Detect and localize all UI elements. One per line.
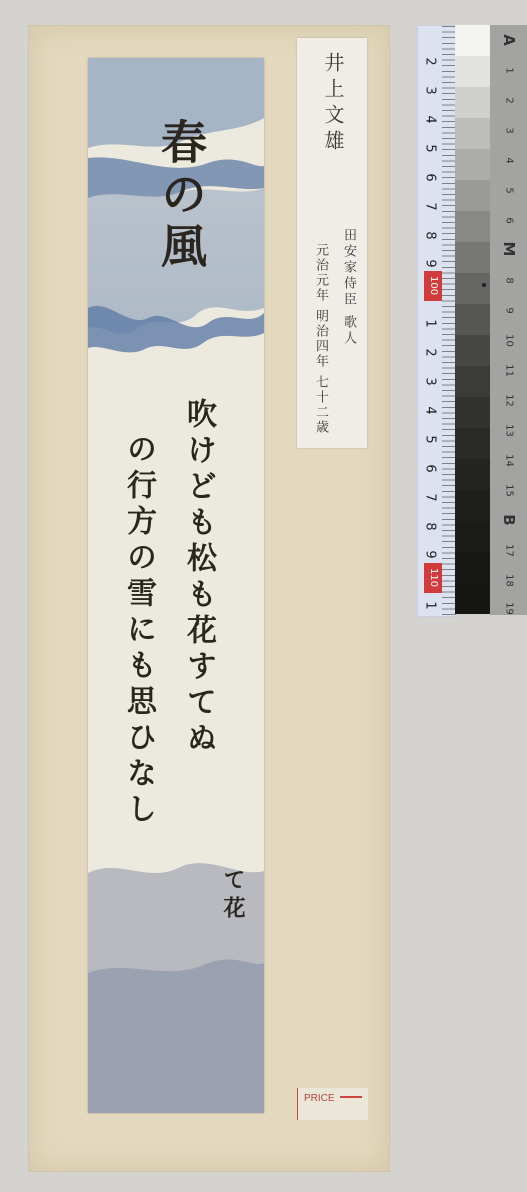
ruler-label: 3 — [423, 372, 438, 392]
scale-label: 8 — [504, 270, 515, 292]
ruler-label: 8 — [423, 226, 438, 246]
scale-label: 14 — [504, 450, 515, 472]
ruler-ticks — [442, 26, 456, 616]
price-tag: PRICE — [297, 1088, 368, 1120]
ruler-label: 7 — [423, 197, 438, 217]
poem-column-3: の行方の雪にも思ひなし — [116, 433, 160, 829]
scale-label: 18 — [504, 570, 515, 592]
scale-label: 6 — [504, 210, 515, 232]
scale-label: M — [500, 238, 518, 260]
ruler-label: 4 — [423, 401, 438, 421]
label-biography-2: 元治元年 明治四年 七十二歳 — [311, 243, 330, 435]
ruler-label: 6 — [423, 168, 438, 188]
poem-column-1: 春の風 — [148, 118, 214, 274]
scale-label: 13 — [504, 420, 515, 442]
scale-label: 9 — [504, 300, 515, 322]
ruler-label: 5 — [423, 139, 438, 159]
ruler-label: 2 — [423, 52, 438, 72]
price-line — [340, 1096, 362, 1098]
scale-label: 5 — [504, 180, 515, 202]
scale-label: 17 — [504, 540, 515, 562]
tanzaku-strip: 春の風 吹けども松も花すてぬ の行方の雪にも思ひなし て花 — [88, 58, 264, 1113]
ruler-label: 5 — [423, 430, 438, 450]
scale-label: 19 — [504, 598, 515, 620]
scale-label: 3 — [504, 120, 515, 142]
ruler-red-marker: 100 — [424, 271, 442, 301]
scale-label: 1 — [504, 60, 515, 82]
ruler-label: 8 — [423, 517, 438, 537]
scale-label: B — [500, 509, 518, 531]
scale-label: 4 — [504, 150, 515, 172]
scale-label: 10 — [504, 330, 515, 352]
measuring-ruler: 2 3 4 5 6 7 8 9 100 1 2 3 4 5 6 7 8 9 11… — [417, 25, 457, 617]
scale-label: A — [500, 29, 518, 51]
scale-label: 11 — [504, 360, 515, 382]
ruler-label: 7 — [423, 488, 438, 508]
poem-calligraphy: 春の風 吹けども松も花すてぬ の行方の雪にも思ひなし て花 — [88, 98, 264, 1098]
ruler-red-marker: 110 — [424, 563, 442, 593]
ruler-label: 2 — [423, 343, 438, 363]
marker-dot — [482, 283, 486, 287]
gray-scale-labels: A 1 2 3 4 5 6 M 8 9 10 11 12 13 14 15 B … — [490, 25, 527, 615]
attribution-label: 井上文雄 田安家侍臣 歌人 元治元年 明治四年 七十二歳 — [297, 38, 367, 448]
label-biography-1: 田安家侍臣 歌人 — [339, 228, 358, 347]
poem-column-4: て花 — [218, 868, 249, 924]
scale-label: 2 — [504, 90, 515, 112]
ruler-label: 9 — [423, 545, 438, 565]
ruler-label: 3 — [423, 81, 438, 101]
label-author-name: 井上文雄 — [319, 52, 348, 156]
ruler-label: 1 — [423, 314, 438, 334]
ruler-label: 1 — [423, 596, 438, 616]
scale-label: 15 — [504, 480, 515, 502]
scale-label: 12 — [504, 390, 515, 412]
price-label: PRICE — [304, 1093, 335, 1104]
gray-scale-patches — [455, 25, 490, 615]
ruler-label: 4 — [423, 110, 438, 130]
poem-column-2: 吹けども松も花すてぬ — [176, 398, 220, 758]
ruler-label: 6 — [423, 459, 438, 479]
